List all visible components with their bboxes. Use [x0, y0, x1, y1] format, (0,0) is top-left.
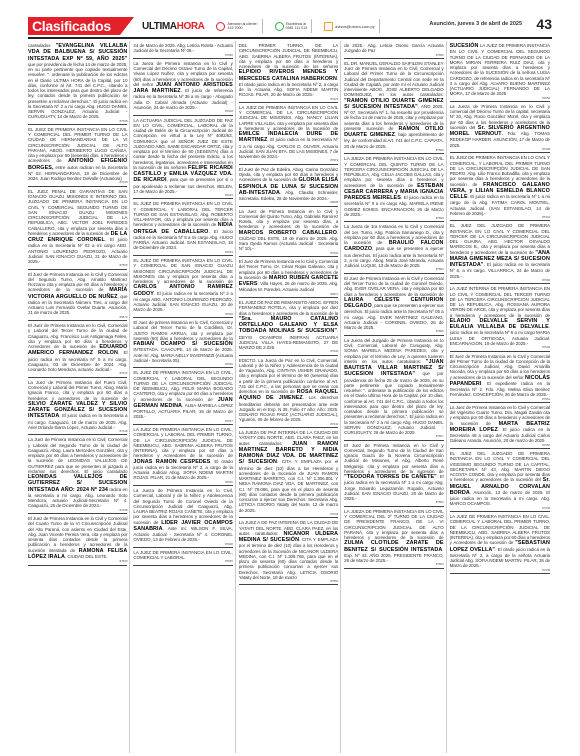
- contact-email[interactable]: avisos@uhora.com.py: [324, 19, 380, 33]
- classified-ad: EL JUEZ PENAL DE GARANTÍAS DE SAN IGNACI…: [28, 187, 127, 270]
- classified-ad: EL JUEZ DE PRIMERA INSTANCIA EN LO CIVIL…: [133, 368, 232, 425]
- ad-text: El Juez de Primera Instancia en lo Civil…: [344, 276, 443, 297]
- ad-code: 87655: [344, 54, 443, 57]
- classified-ad: El Juez de primera instancia en lo Civil…: [133, 318, 232, 368]
- ad-code: 87660: [450, 279, 550, 282]
- ad-name: ELPIDIO RIVEROS MENDES Y MERCEDES CATALI…: [239, 69, 338, 81]
- classified-ad: SUCESIÓN LA JUEZ DE PRIMERA INSTANCIA EN…: [450, 41, 550, 102]
- ad-name: JONAS RAMON CESPEDES: [133, 459, 210, 465]
- classified-ad: LA ACTUARIA JUDICIAL DEL JUZGADO DE PAZ …: [133, 116, 232, 200]
- classified-ad: La JUEZ A DE PAZ INTERINA DE LA CIUDAD D…: [239, 518, 338, 585]
- ad-code: 87656: [344, 330, 443, 333]
- ad-code: 87640: [133, 110, 232, 113]
- ad-code: 87654: [344, 268, 443, 271]
- classified-ad: La Juez de Primera Instancia en lo Civil…: [239, 207, 338, 257]
- ad-code: 87619: [239, 159, 338, 162]
- classified-ad: EDICTO. La Jueza de Paz en lo Civil, Com…: [239, 356, 338, 428]
- classified-ad: LA JUEZA DE PRIMERA INSTANCIA EN LO CIVI…: [344, 507, 443, 569]
- ad-code: 86874: [28, 316, 127, 319]
- ad-name: "TEODORA TORRES DE CAÑETE": [344, 474, 437, 480]
- ad-code: 87646: [450, 507, 550, 510]
- classified-ad: LA JUEZ DE PRIMERA INSTANCIA EN LO CIVIL…: [133, 425, 232, 486]
- ad-text: LA JUEZ DE PRIMERA INSTANCIA EN LO CIVIL…: [133, 427, 232, 458]
- classified-ad: El Juez de Paz de Edelira, Abog. Carina …: [239, 165, 338, 207]
- column-1: caratulados "EVANGELINA VILLALBA VDA DE …: [28, 41, 130, 753]
- classified-ad: El Juez de Primera Instancia en lo Civil…: [28, 270, 127, 321]
- contact-phone[interactable]: Atención al cliente:415 7000: [216, 19, 262, 33]
- ad-text: EL JUEZ DE PRIMERA INSTANCIA EN LO CIVIL…: [133, 258, 232, 284]
- ad-name: FABIAN OCAMPO S/ SUCESIÓN: [133, 341, 232, 347]
- classified-ad: EL JUEZ DE PRIMERA INSTANCIA EN LO CIVIL…: [28, 125, 127, 187]
- ad-name: SUCESIÓN: [450, 43, 479, 49]
- column-3: DEL PRIMER TURNO, DE LA CIRCUNSCRIPCIÓN …: [239, 41, 341, 753]
- classified-ad: La Jueza de Primera Instancia en lo Civi…: [133, 486, 232, 548]
- ad-text: DEL PRIMER TURNO, DE LA CIRCUNSCRIPCIÓN …: [239, 43, 338, 69]
- classified-ad: DEL PRIMER TURNO, DE LA CIRCUNSCRIPCIÓN …: [239, 41, 338, 103]
- ad-code: 87653: [28, 560, 127, 563]
- header-rule: [28, 37, 552, 39]
- newspaper-logo: ULTIMAHORA: [142, 21, 204, 32]
- ad-text: . CITA Y EMPLAZA por el término de diez …: [239, 537, 338, 580]
- ad-code: 87640: [239, 423, 338, 426]
- column-2: 24 de Marzo de 2025. Abg. Leticia Rotela…: [133, 41, 235, 753]
- ad-code: 87660: [344, 149, 443, 152]
- ad-code: 87656: [133, 54, 232, 57]
- classified-ad: La Juez de Primera Instancia en lo Civil…: [450, 403, 550, 449]
- ad-text: EL DR. MANUEL GERALDO SAIFILDIN STANLEY …: [344, 61, 443, 98]
- ad-code: 87654: [344, 563, 443, 566]
- ad-code: 87613: [28, 372, 127, 375]
- classified-ad: La Juez de Primera Instancia en lo Civil…: [28, 435, 127, 514]
- classified-ad: La Juez de Primera Instancia del Fuero C…: [28, 378, 127, 436]
- ad-code: 87651: [450, 398, 550, 401]
- classified-ad: de 2025.- Abg. Leticia Osorio García Act…: [344, 41, 443, 59]
- classified-ad: LA JUEZ DE PRIMERA INSTANCIA EN LO CIVIL…: [239, 103, 338, 165]
- ad-text: LA JUEZ INTERINA DE PRIMERA INSTANCIA EN…: [450, 286, 550, 317]
- ad-text: EL JUEZ DE PAZ DE REMANSITO ABOG. EFREN …: [239, 300, 338, 316]
- ad-text: EL JUEZ DEL JUZGADO DE PRIMERA INSTANCIA…: [450, 451, 550, 482]
- phone-icon: [216, 22, 225, 31]
- contact-whatsapp[interactable]: Escribinos al0981 111 013: [275, 19, 312, 33]
- ad-code: 87643: [239, 513, 338, 516]
- ad-text: El Juez de primera instancia en lo Civil…: [133, 320, 232, 341]
- ad-code: 87657: [344, 435, 443, 438]
- ad-code: 87658: [344, 217, 443, 220]
- email-value: avisos@uhora.com.py: [335, 24, 375, 29]
- column-4: de 2025.- Abg. Leticia Osorio García Act…: [344, 41, 446, 753]
- ad-code: 87649: [450, 346, 550, 349]
- classified-ad: La Jueza de Primera Instancia en lo Civi…: [450, 102, 550, 153]
- ad-code: 87638: [28, 509, 127, 512]
- ad-code: 87559: [28, 264, 127, 267]
- phone-value: 415 7000: [227, 26, 242, 30]
- classified-ad: EL JUEZ DE PRIMERA INSTANCIA EN LO CIVIL…: [133, 256, 232, 318]
- whatsapp-value: 0981 111 013: [286, 26, 307, 30]
- ad-text: que por providencia de fecha 14 de marzo…: [28, 62, 127, 120]
- ad-text: de 2025.- Abg. Leticia Osorio García Act…: [344, 43, 443, 53]
- ad-text: LA JUEZ DE PRIMERA INSTANCIA EN LO CIVIL…: [239, 105, 338, 131]
- classified-ad: La Jueza del Juzgado de Primera Instanci…: [344, 336, 443, 441]
- ad-code: 87623: [239, 98, 338, 101]
- classified-ad: La JUEZA DE PAZ INTERINA DE LA CIUDAD DE…: [239, 428, 338, 518]
- classified-ad: El Juez de Primera Instancia en lo Civil…: [28, 321, 127, 378]
- ad-code: 87618: [28, 181, 127, 184]
- ad-text: LA JUEZ DE PRIMERA INSTANCIA EN LO CIVIL…: [133, 550, 232, 560]
- classified-ad: El Juez de Primera Instancia en lo Civil…: [28, 514, 127, 565]
- ad-text: . CITA Y EMPLAZA por el término de diez …: [239, 459, 338, 512]
- ad-code: 87645: [450, 569, 550, 572]
- page-header: Clasificados ULTIMAHORA Atención al clie…: [28, 16, 552, 36]
- classified-ad: El Juez de Primera Instancia en lo Civil…: [239, 257, 338, 298]
- ad-code: 86871: [239, 293, 338, 296]
- classified-ad: EL JUEZ DEL JUZGADO DE PRIMERA INSTANCIA…: [450, 449, 550, 512]
- ad-text: caratulados: [28, 43, 56, 48]
- ad-text: EL JUEZ PENAL DE GARANTÍAS DE SAN IGNACI…: [28, 189, 127, 236]
- classified-ad: EL JUEZ DE PAZ DE REMANSITO ABOG. EFREN …: [239, 298, 338, 356]
- ad-name: ZULMA CLOTILDE ZARATE DE BENITEZ S/ SUCE…: [344, 540, 443, 552]
- ad-text: . CIUDAD DEL ESTE.: [65, 554, 108, 559]
- ad-code: 87636: [133, 363, 232, 366]
- ad-text: La Juez de Primera Instancia en lo Civil…: [28, 437, 127, 474]
- classified-ad: EL JUEZ DE PRIMERA INSTANCIA EN LO CIVIL…: [450, 153, 550, 221]
- classified-ad: El Juez de Primera Instancia en lo Civil…: [344, 274, 443, 336]
- classified-ad: La Jueza de 1ra Instancia en lo Civil y …: [344, 222, 443, 273]
- ad-text: El Juez de Primera Instancia en lo Civil…: [344, 443, 443, 474]
- classified-ad: La Jueza de Primera Instancia en lo Civi…: [133, 59, 232, 116]
- classified-ad: LA JUEZA DE PRIMERA INSTANCIA EN LO CIVI…: [344, 154, 443, 222]
- ad-code: 87652: [344, 501, 443, 504]
- classified-columns: caratulados "EVANGELINA VILLALBA VDA DE …: [28, 41, 552, 753]
- ad-text: 24 de Marzo de 2025. Abg. Leticia Rotela…: [133, 43, 232, 53]
- ad-code: 87644: [450, 216, 550, 219]
- issue-date: Asunción, jueves 3 de abril de 2025: [429, 21, 522, 27]
- classified-ad: EL JUEZ DE PRIMERA INSTANCIA EN LO CIVIL…: [133, 199, 232, 256]
- column-5: SUCESIÓN LA JUEZ DE PRIMERA INSTANCIA EN…: [450, 41, 552, 753]
- ad-code: 87636: [133, 481, 232, 484]
- ad-code: 87625: [133, 560, 232, 563]
- logo-ultima: ULTIMA: [142, 21, 177, 32]
- ad-name: "Sra. MAURO CATALINO ORTELLADO GALEANO Y…: [239, 316, 338, 335]
- ad-text: LA ACTUARIA JUDICIAL DEL JUZGADO DE PAZ …: [133, 118, 232, 170]
- ad-text: que por providencia de fecha 25 de marzo…: [344, 371, 443, 435]
- ad-text: La Juez de Primera Instancia en lo Civil…: [239, 209, 338, 230]
- classified-ad: El Juez de Primera Instancia en lo Civil…: [450, 352, 550, 403]
- ad-code: 87628: [133, 543, 232, 546]
- classified-ad: El Juez de Primera Instancia en lo Civil…: [344, 441, 443, 507]
- ad-text: LA JUEZ DE PRIMERA INSTANCIA EN LO CIVIL…: [450, 43, 550, 96]
- ad-code: 87652: [239, 580, 338, 583]
- ad-code: 86835: [239, 201, 338, 204]
- classified-ad: EL JUEZ DEL JUZGADO DE PRIMERA INSTANCIA…: [450, 221, 550, 284]
- email-icon: [324, 22, 333, 31]
- ad-code: 87630: [133, 313, 232, 316]
- ad-text: LA JUEZA DE PRIMERA INSTANCIA EN LO CIVI…: [344, 509, 443, 540]
- ad-code: 87627: [133, 420, 232, 423]
- classified-ad: LA JUEZ INTERINA DE PRIMERA INSTANCIA EN…: [450, 284, 550, 351]
- ad-name: MARCOS ROBERTO CABALLERO: [239, 230, 337, 236]
- ad-code: 87652: [450, 444, 550, 447]
- ad-code: 87633: [133, 251, 232, 254]
- classified-ad: EL DR. MANUEL GERALDO SAIFILDIN STANLEY …: [344, 59, 443, 154]
- ad-code: 87630: [239, 350, 338, 353]
- ad-code: 87648: [450, 148, 550, 151]
- ad-code: 87650: [450, 97, 550, 100]
- whatsapp-icon: [275, 22, 284, 31]
- ad-code: 87632: [239, 252, 338, 255]
- ad-name: ELADIO DELVALLE SERVIN Y EULALIA VILLALB…: [450, 318, 550, 330]
- ad-code: 87658: [28, 120, 127, 123]
- ad-code: 87615: [133, 194, 232, 197]
- ad-text: INTESTADA. CAACUPE, 14 de Marzo de 2025.…: [133, 347, 232, 363]
- logo-hora: HORA: [177, 21, 205, 32]
- classified-ad: LA JUEZ DE PRIMERA INSTANCIA EN LO CIVIL…: [133, 548, 232, 566]
- classified-ad: LA JUEZ DE PRIMERA INSTANCIA EN LO CIVIL…: [450, 512, 550, 574]
- classified-ad: 24 de Marzo de 2025. Abg. Leticia Rotela…: [133, 41, 232, 59]
- section-title: Clasificados: [28, 17, 120, 35]
- ad-text: La Juez de Primera Instancia del Fuero C…: [28, 380, 127, 401]
- page-number: 43: [536, 16, 552, 32]
- classified-ad: caratulados "EVANGELINA VILLALBA VDA DE …: [28, 41, 127, 125]
- ad-code: 87648: [28, 430, 127, 433]
